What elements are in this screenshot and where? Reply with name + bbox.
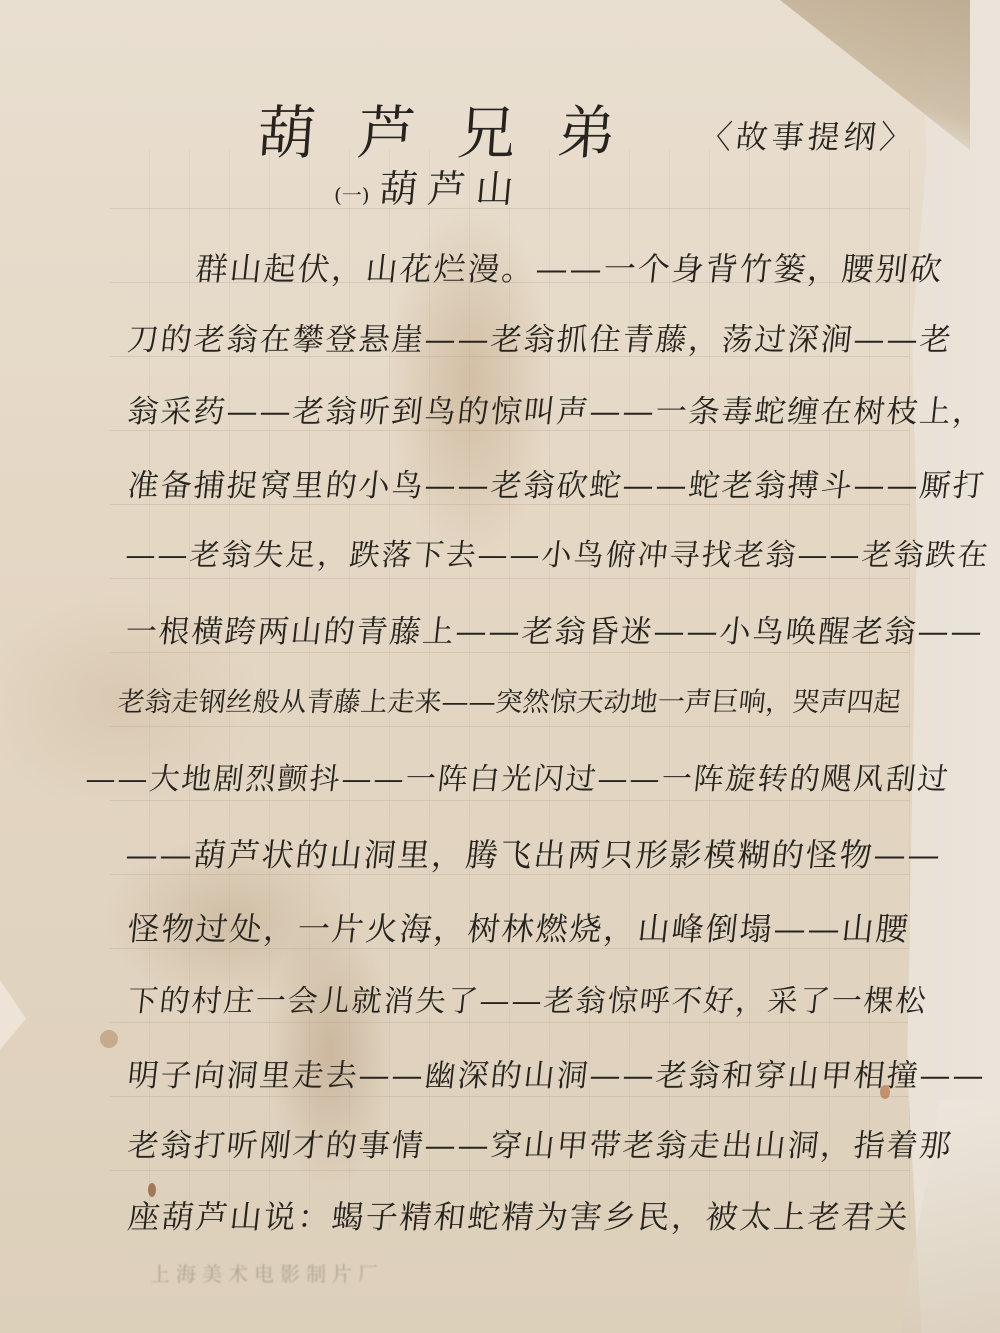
text-line: ——葫芦状的山洞里，腾飞出两只形影模糊的怪物—— — [124, 830, 945, 876]
text-line: 怪物过处，一片火海，树林燃烧，山峰倒塌——山腰 — [126, 904, 913, 950]
text-line: 准备捕捉窝里的小鸟——老翁砍蛇——蛇老翁搏斗——厮打 — [126, 460, 989, 505]
paper-footer-print: 上海美术电影制片厂 — [150, 1258, 384, 1287]
text-line: 明子向洞里走去——幽深的山洞——老翁和穿山甲相撞—— — [126, 1050, 989, 1095]
text-line: 群山起伏，山花烂漫。——一个身背竹篓，腰别砍 — [194, 244, 947, 290]
text-line: ——大地剧烈颤抖——一阵白光闪过——一阵旋转的飓风刮过 — [84, 754, 953, 798]
outline-body: 群山起伏，山花烂漫。——一个身背竹篓，腰别砍 刀的老翁在攀登悬崖——老翁抓住青藤… — [0, 0, 1000, 1333]
text-line: 刀的老翁在攀登悬崖——老翁抓住青藤，荡过深涧——老 — [126, 314, 956, 359]
text-line: 翁采药——老翁听到鸟的惊叫声——一条毒蛇缠在树枝上， — [126, 386, 989, 431]
text-line: 座葫芦山说：蝎子精和蛇精为害乡民，被太上老君关 — [126, 1192, 913, 1238]
text-line: 一根横跨两山的青藤上——老翁昏迷——小鸟唤醒老翁—— — [124, 606, 987, 651]
text-line: 老翁走钢丝般从青藤上走来——突然惊天动地一声巨响，哭声四起 — [116, 680, 903, 719]
text-line: 下的村庄一会儿就消失了——老翁惊呼不好，采了一棵松 — [126, 976, 931, 1020]
text-line: ——老翁失足，跌落下去——小鸟俯冲寻找老翁——老翁跌在 — [124, 530, 993, 574]
text-line: 老翁打听刚才的事情——穿山甲带老翁走出山洞，指着那 — [126, 1120, 956, 1165]
